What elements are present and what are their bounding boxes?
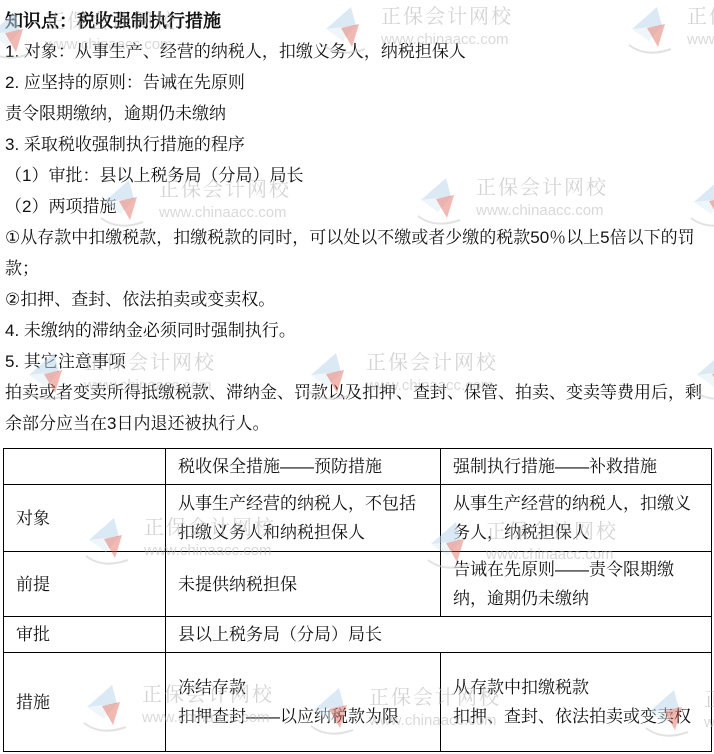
table-cell: 从事生产经营的纳税人，不包括扣缴义务人和纳税担保人 xyxy=(166,485,441,552)
row-label: 审批 xyxy=(4,617,166,653)
paragraph: 5. 其它注意事项 xyxy=(5,346,711,377)
table-cell: 从存款中扣缴税款 扣押、查封、依法拍卖或变卖权 xyxy=(441,653,712,752)
paragraph: 2. 应坚持的原则：告诫在先原则 xyxy=(5,67,711,98)
cell-line: 从存款中扣缴税款 xyxy=(453,673,703,702)
paragraph: ②扣押、查封、依法拍卖或变卖权。 xyxy=(5,284,711,315)
table-row: 审批 县以上税务局（分局）局长 xyxy=(4,617,712,653)
paragraph: ①从存款中扣缴税款，扣缴税款的同时，可以处以不缴或者少缴的税款50％以上5倍以下… xyxy=(5,222,711,284)
table-header-row: 税收保全措施——预防措施 强制执行措施——补救措施 xyxy=(4,449,712,485)
table-cell: 冻结存款 扣押查封——以应纳税款为限 xyxy=(166,653,441,752)
cell-line: 扣押查封——以应纳税款为限 xyxy=(178,702,432,731)
comparison-table: 税收保全措施——预防措施 强制执行措施——补救措施 对象 从事生产经营的纳税人，… xyxy=(3,448,712,752)
paragraph: 1. 对象：从事生产、经营的纳税人，扣缴义务人，纳税担保人 xyxy=(5,36,711,67)
table-cell: 告诫在先原则——责令限期缴纳，逾期仍未缴纳 xyxy=(441,552,712,617)
table-cell: 从事生产经营的纳税人，扣缴义务人，纳税担保人 xyxy=(441,485,712,552)
header-cell-qiangzhi: 强制执行措施——补救措施 xyxy=(441,449,712,485)
paragraph: 责令限期缴纳，逾期仍未缴纳 xyxy=(5,98,711,129)
header-cell-empty xyxy=(4,449,166,485)
page-title: 知识点：税收强制执行措施 xyxy=(5,6,711,36)
paragraph: 拍卖或者变卖所得抵缴税款、滞纳金、罚款以及扣押、查封、保管、拍卖、变卖等费用后，… xyxy=(5,377,711,439)
table-row: 措施 冻结存款 扣押查封——以应纳税款为限 从存款中扣缴税款 扣押、查封、依法拍… xyxy=(4,653,712,752)
table-cell: 县以上税务局（分局）局长 xyxy=(166,617,712,653)
header-cell-baoquan: 税收保全措施——预防措施 xyxy=(166,449,441,485)
row-label: 前提 xyxy=(4,552,166,617)
cell-line: 冻结存款 xyxy=(178,673,432,702)
row-label: 对象 xyxy=(4,485,166,552)
paragraph: 3. 采取税收强制执行措施的程序 xyxy=(5,129,711,160)
table-cell: 未提供纳税担保 xyxy=(166,552,441,617)
table-row: 对象 从事生产经营的纳税人，不包括扣缴义务人和纳税担保人 从事生产经营的纳税人，… xyxy=(4,485,712,552)
document-body: 知识点：税收强制执行措施 1. 对象：从事生产、经营的纳税人，扣缴义务人，纳税担… xyxy=(0,0,714,752)
paragraph: 4. 未缴纳的滞纳金必须同时强制执行。 xyxy=(5,315,711,346)
table-row: 前提 未提供纳税担保 告诫在先原则——责令限期缴纳，逾期仍未缴纳 xyxy=(4,552,712,617)
paragraph: （2）两项措施 xyxy=(5,191,711,222)
cell-line: 扣押、查封、依法拍卖或变卖权 xyxy=(453,702,703,731)
paragraph: （1）审批：县以上税务局（分局）局长 xyxy=(5,160,711,191)
row-label: 措施 xyxy=(4,653,166,752)
